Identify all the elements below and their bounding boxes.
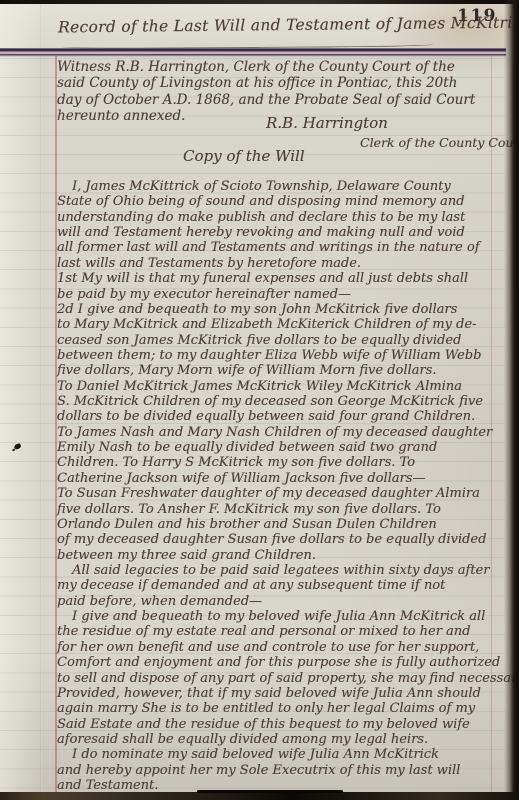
will-text-line: Said Estate and the residue of this bequ… xyxy=(57,717,507,732)
will-text-line: all former last will and Testaments and … xyxy=(57,240,507,255)
will-text-line: To Susan Freshwater daughter of my decea… xyxy=(57,486,507,501)
will-text-line: dollars to be divided equally between sa… xyxy=(57,409,507,424)
book-gutter-shadow xyxy=(504,0,519,800)
will-text-line: State of Ohio being of sound and disposi… xyxy=(57,194,507,209)
will-text-line: 2d I give and bequeath to my son John Mc… xyxy=(57,302,507,317)
attestation-line: said County of Livingston at his office … xyxy=(57,75,503,91)
record-title: Record of the Last Will and Testament of… xyxy=(58,14,510,37)
will-text-line: of my deceased daughter Susan five dolla… xyxy=(57,532,507,547)
will-text-line: All said legacies to be paid said legate… xyxy=(57,563,507,578)
will-text-line: ceased son James McKitrick five dollars … xyxy=(57,333,507,348)
will-text-line: between my three said grand Children. xyxy=(57,548,507,563)
attestation-line: Witness R.B. Harrington, Clerk of the Co… xyxy=(57,59,503,75)
will-text-line: Orlando Dulen and his brother and Susan … xyxy=(57,517,507,532)
record-book-page: 119 Record of the Last Will and Testamen… xyxy=(0,0,519,800)
will-copy-heading: Copy of the Will xyxy=(183,147,305,165)
will-text-line: I give and bequeath to my beloved wife J… xyxy=(57,609,507,624)
will-text-line: and hereby appoint her my Sole Executrix… xyxy=(57,763,507,778)
will-text-line: Emily Nash to be equally divided between… xyxy=(57,440,507,455)
will-text-line: Children. To Harry S McKitrick my son fi… xyxy=(57,455,507,470)
will-text-line: Provided, however, that if my said belov… xyxy=(57,686,507,701)
will-text-line: my decease if demanded and at any subseq… xyxy=(57,578,507,593)
page-bottom-edge-shadow xyxy=(0,792,519,800)
will-text-line: for her own benefit and use and controle… xyxy=(57,640,507,655)
paper-crease xyxy=(40,0,42,800)
will-text-line: the residue of my estate real and person… xyxy=(57,624,507,639)
will-text-line: five dollars, Mary Morn wife of William … xyxy=(57,363,507,378)
will-text-line: 1st My will is that my funeral expenses … xyxy=(57,271,507,286)
will-text-line: between them; to my daughter Eliza Webb … xyxy=(57,348,507,363)
will-text-line: be paid by my executor hereinafter named… xyxy=(57,287,507,302)
will-text-line: I do nominate my said beloved wife Julia… xyxy=(57,747,507,762)
will-text-line: S. McKitrick Children of my deceased son… xyxy=(57,394,507,409)
clerk-signature: R.B. Harrington xyxy=(266,114,388,132)
will-text-line: aforesaid shall be equally divided among… xyxy=(57,732,507,747)
will-text-line: last wills and Testaments by heretofore … xyxy=(57,256,507,271)
header-double-rule xyxy=(0,47,506,57)
will-text-line: To Daniel McKitrick James McKitrick Wile… xyxy=(57,379,507,394)
will-text-line: Comfort and enjoyment and for this purpo… xyxy=(57,655,507,670)
will-text-line: to Mary McKitrick and Elizabeth McKiteri… xyxy=(57,317,507,332)
will-text-line: paid before, when demanded— xyxy=(57,594,507,609)
will-text-line: To James Nash and Mary Nash Children of … xyxy=(57,425,507,440)
will-text-line: five dollars. To Ansher F. McKitrick my … xyxy=(57,502,507,517)
page-top-edge-shadow xyxy=(0,0,519,4)
will-text-line: will and Testament hereby revoking and m… xyxy=(57,225,507,240)
will-body-text: I, James McKittrick of Scioto Township, … xyxy=(57,179,507,793)
ink-blot xyxy=(13,443,21,450)
will-text-line: to sell and dispose of any part of said … xyxy=(57,671,507,686)
attestation-line: day of October A.D. 1868, and the Probat… xyxy=(57,92,503,108)
will-text-line: I, James McKittrick of Scioto Township, … xyxy=(57,179,507,194)
will-text-line: Catherine Jackson wife of William Jackso… xyxy=(57,471,507,486)
will-text-line: again marry She is to be entitled to onl… xyxy=(57,701,507,716)
clerk-signature-role: Clerk of the County Court xyxy=(360,135,519,150)
will-text-line: understanding do make publish and declar… xyxy=(57,210,507,225)
